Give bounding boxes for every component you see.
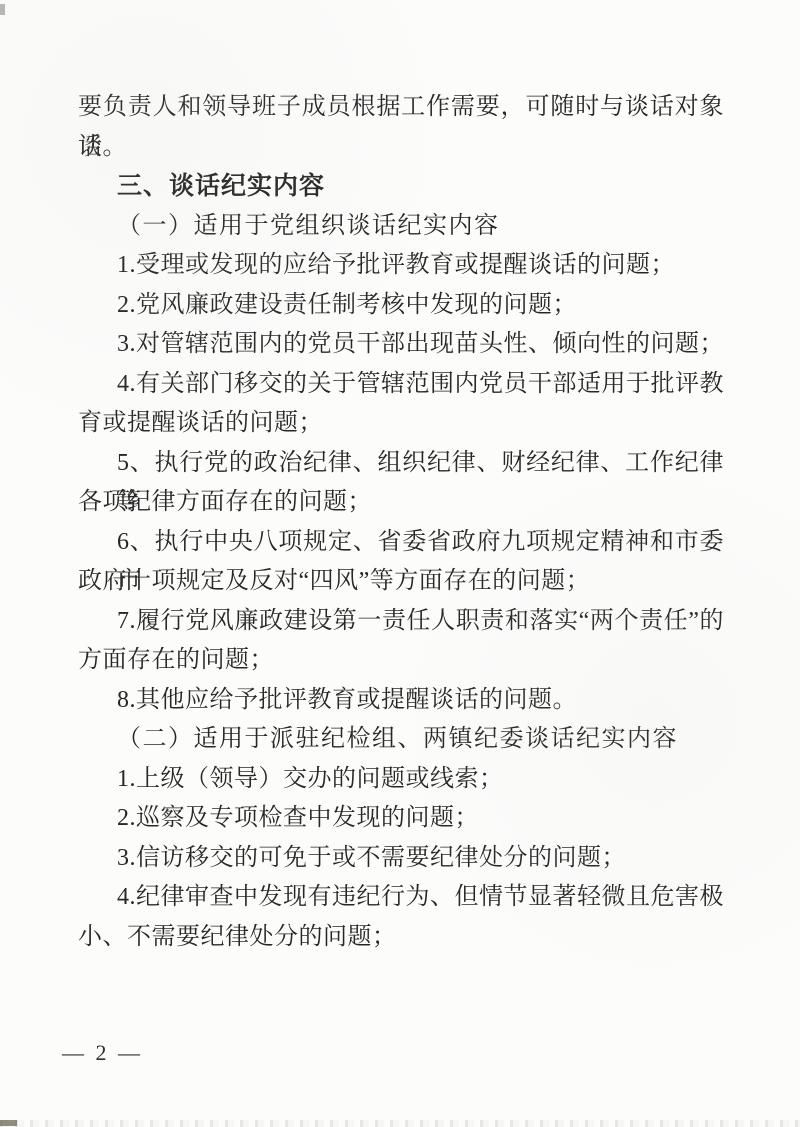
text-line: （二）适用于派驻纪检组、两镇纪委谈话纪实内容 — [78, 720, 724, 760]
text-line: 1.上级（领导）交办的问题或线索； — [78, 760, 724, 800]
text-line: 2.党风廉政建设责任制考核中发现的问题； — [78, 286, 724, 326]
text-line: 8.其他应给予批评教育或提醒谈话的问题。 — [78, 681, 724, 721]
text-line: （一）适用于党组织谈话纪实内容 — [78, 207, 724, 247]
text-line: 话。 — [78, 128, 724, 168]
text-line: 要负责人和领导班子成员根据工作需要，可随时与谈话对象谈 — [78, 88, 724, 128]
text-line: 2.巡察及专项检查中发现的问题； — [78, 799, 724, 839]
text-line: 4.纪律审查中发现有违纪行为、但情节显著轻微且危害极 — [78, 878, 724, 918]
text-line: 各项纪律方面存在的问题； — [78, 483, 724, 523]
text-line: 育或提醒谈话的问题； — [78, 404, 724, 444]
document-body: 要负责人和领导班子成员根据工作需要，可随时与谈话对象谈话。三、谈话纪实内容（一）… — [78, 88, 724, 957]
text-line: 7.履行党风廉政建设第一责任人职责和落实“两个责任”的 — [78, 602, 724, 642]
text-line: 3.对管辖范围内的党员干部出现苗头性、倾向性的问题； — [78, 325, 724, 365]
text-line: 3.信访移交的可免于或不需要纪律处分的问题； — [78, 839, 724, 879]
document-page: 要负责人和领导班子成员根据工作需要，可随时与谈话对象谈话。三、谈话纪实内容（一）… — [0, 0, 800, 1127]
text-line: 1.受理或发现的应给予批评教育或提醒谈话的问题； — [78, 246, 724, 286]
scan-edge-artifact — [0, 1120, 800, 1127]
scan-artifact-bottom-left — [0, 1120, 17, 1126]
text-line: 4.有关部门移交的关于管辖范围内党员干部适用于批评教 — [78, 365, 724, 405]
text-line: 政府十项规定及反对“四风”等方面存在的问题； — [78, 562, 724, 602]
text-line: 小、不需要纪律处分的问题； — [78, 918, 724, 958]
text-line: 5、执行党的政治纪律、组织纪律、财经纪律、工作纪律等 — [78, 444, 724, 484]
scan-artifact-top-left — [0, 4, 5, 15]
text-line: 6、执行中央八项规定、省委省政府九项规定精神和市委市 — [78, 523, 724, 563]
page-number: — 2 — — [62, 1040, 143, 1066]
text-line: 方面存在的问题； — [78, 641, 724, 681]
text-line: 三、谈话纪实内容 — [78, 167, 724, 207]
